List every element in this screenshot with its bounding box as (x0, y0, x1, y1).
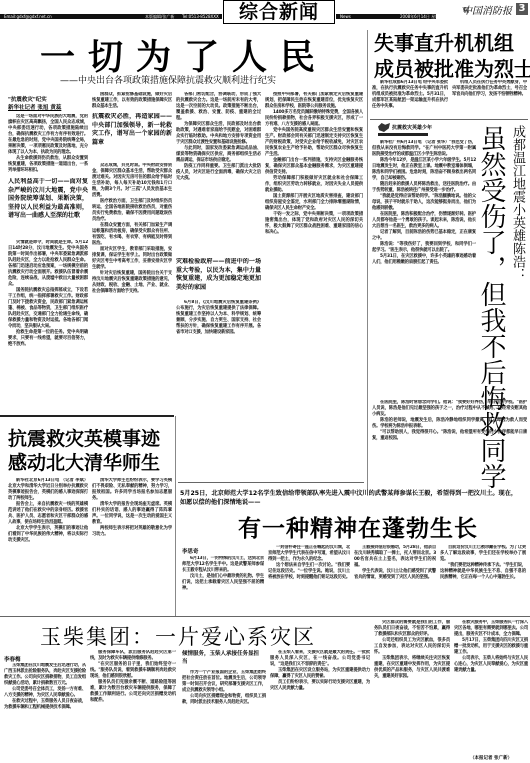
yuchai-body-col4: 在玉柴人看来，支援灾区就是最大的责任。一批批服务人员深入灾区，在一线奋战。公司党… (270, 650, 370, 763)
column-divider (367, 30, 368, 490)
spirit-intro: 5月25日，北京师范大学12名学生致信给带领部队率先进入震中汶川的武警某师参谋长… (180, 489, 520, 507)
lead-callout-1: 人民利益高于一切——面对复杂严峻的汶川大地震，党中央国务院统筹谋划、果断决策，坚… (8, 178, 88, 238)
header-phone: Tel:0513-8528XXX (182, 14, 219, 19)
martyrs-headline: 失事直升机机组 成员被批准为烈士 (374, 30, 524, 82)
feature-badge-bar (378, 133, 428, 136)
lead-body-col3a: 各部门密切配合，协调联动，形成了强大的抗震救灾合力。这是一场前所未有的大考，这是… (176, 92, 261, 247)
heroes-headline-line1: 抗震救灾英模事迹 (8, 427, 160, 451)
lead-callout-3: 灾难检验政府——前进中的一场重大考验，以民为本，集中力量恢复重建，成为更加稳定地… (176, 258, 261, 298)
heroes-headline-line2: 感动北大清华师生 (8, 451, 160, 475)
lead-body-col4: 按照中央部署，有关部门加紧制定灾后恢复重建规划，把保障民生放在恢复重建首位，优先… (265, 92, 363, 382)
header-section-en: News (340, 14, 351, 19)
header-date: 2008年6月14日 星期六 (400, 14, 443, 19)
yuchai-body-col2: 服务保障车队，派出服务队赶赴灾区第一线，及时为救灾车辆提供维修服务。 "在灾区服… (90, 650, 176, 763)
feature-badge-label: 抗震救灾英雄少年 (392, 124, 432, 131)
spirit-body-col4: 目前这份汶川土已被珍藏在学校。为了让更多人了解这段故事，学生们还在学校举办了展览… (440, 545, 526, 614)
lead-callout-2: 抗震救灾必胜，再造家园——中央部门加强领导，新一轮救灾工作，谱写出一个家园的新篇… (92, 113, 172, 163)
story-divider (370, 119, 528, 120)
yuchai-body-col3: 作为一个产业报国的企业，玉柴集团始终把社会责任放在首位。地震发生后，公司领导第一… (182, 670, 266, 763)
lead-body-col2b: 众志成城，共克时艰。中央财政安排资金，保障灾区群众基本生活，帮助受灾群众渡过难关… (92, 163, 172, 385)
spirit-body-col3: 王毅接到信后很感动，5月28日，他亲自在汶川映秀镇取了一捧土，托人带回北京。30… (354, 545, 436, 614)
header-email: Email:gdxf@gdxf.net.cn (4, 14, 52, 19)
heroes-body-col1: 新华社北京6月13日电 （记者 李斌）北京大学和清华大学近日分别举办抗震救灾英模… (8, 478, 88, 608)
hero-body-bottom: 在医院里，陈浩时常想念同学们。他说："我要好好养伤，早日回到学校。"医护人员说，… (372, 400, 527, 482)
spirit-body-col1: 6月13日，一封特殊的汶川土，送到北京师范大学12名学生手中。这是武警某师参谋长… (182, 556, 264, 614)
header-editor: 本版编辑/张广新 (145, 14, 174, 19)
lead-body-col2a: 困群众，抓紧抢修基础设施，做好灾后恢复重建工作，以有效的政策措施保障灾区群众基本… (92, 92, 172, 112)
heroes-body-col2: 清华大学师生也纷纷表示，要学习英模们不畏艰险、无私奉献的精神，努力学习，报效祖国… (92, 478, 172, 608)
spirit-headline: 有一种精神在蓬勃生长 (238, 510, 478, 543)
yuchai-subhead: 倾情服务，玉柴人承接任务显担当 (182, 650, 262, 666)
heroes-headline: 抗震救灾英模事迹 感动北大清华师生 (8, 427, 160, 475)
martyrs-headline-line2: 成员被批准为烈士 (374, 56, 524, 82)
lead-byline: 新华社记者 张旭 黄蕊 (8, 104, 61, 113)
map-icon (378, 123, 390, 132)
section-divider-mid (0, 415, 174, 417)
spirit-body-col2: 一封信件寄往一座正在崛起的汶川城，北京师范大学学生代表在信中写道，希望从汶川得到… (268, 545, 350, 614)
section-divider-spirit (178, 482, 364, 483)
page-number: 3 (516, 3, 528, 15)
section-title: 综合新闻 (223, 0, 335, 24)
lead-body-col1a: 这是一场面对中华民族的大地震，党的旗帜在灾区高高飘扬，全国人民众志成城，中央部委… (8, 114, 88, 174)
yuchai-byline: 李春梅 (4, 655, 21, 663)
column-divider-2 (175, 416, 176, 616)
brand-logo: 中国消防报 (462, 2, 512, 17)
yuchai-body-col5: 灾区群众的需要就是我们的工作，服务队员们日夜奋战，不怕苦不怕累，赢得了救援部队和… (374, 620, 450, 763)
footer-note: （本报记者 张广新） (470, 755, 512, 761)
yuchai-headline: 玉柴集团：一片爱心系灾区 (40, 621, 316, 651)
lead-body-col1b: 灾情就是命令，时间就是生命。5月12日14时28分，汶川地震发生。党中央国务院第… (8, 240, 88, 385)
martyrs-headline-line1: 失事直升机机组 (374, 30, 524, 56)
hero-kicker: 成都温江地震小英雄陈浩： (508, 125, 527, 281)
yuchai-body-col1: 玉柴集团在汶川地震发生后迅速行动，从广西玉林派出抢险服务队，奔赴灾区支援抢险救灾… (4, 663, 86, 763)
yuchai-body-col6: 在救灾服务中，玉柴服务队一行深入灾区各地，哪里有需要就到哪里去。公司提出，服务灾… (454, 620, 528, 755)
lead-body-col3b: 6月8日，《汶川地震灾后恢复重建条例》公布施行，为灾后恢复重建提供了法律保障。恢… (176, 300, 261, 385)
martyrs-body-col2: 机组人员在执行任务中英勇献身，中央军委决定批准他们为革命烈士，号召全军官兵向他们… (452, 80, 527, 118)
feature-badge: 抗震救灾英雄少年 (378, 123, 428, 137)
lead-subheadline: ——中央出台各项政策措施保障抗震救灾顺利进行纪实 (60, 73, 276, 86)
section-divider-bottom (0, 616, 530, 617)
martyrs-body-col1: 新华社成都6月13日电 经中央军委批准，在执行抗震救灾任务中失事的直升机机组成员… (372, 80, 448, 118)
spirit-byline: 李思奇 (182, 547, 199, 555)
